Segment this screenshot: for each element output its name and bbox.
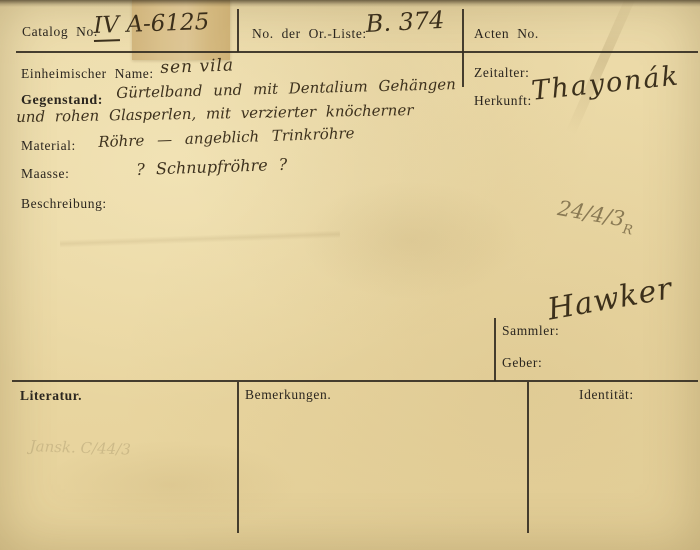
pencil-note-main: 24/4/3 [556,196,627,231]
herkunft-value: Thayonák [530,60,681,106]
maasse-label: Maasse: [21,166,69,182]
material-value: Röhre — angeblich Trinkröhre [98,124,355,151]
paper-crease [60,230,340,248]
or-liste-value: B. 374 [365,6,445,38]
geber-label: Geber: [502,355,542,371]
pencil-note-subscript: R [621,222,633,238]
catalog-no-number: A-6125 [126,9,210,38]
catalog-card: Catalog No. No. der Or.-Liste: Acten No.… [0,0,700,550]
bemerkungen-label: Bemerkungen. [245,387,331,403]
catalog-no-roman: IV [93,12,120,42]
beschreibung-label: Beschreibung: [21,196,107,212]
herkunft-label: Herkunft: [474,93,532,109]
divider-bemerkungen-identitaet [527,382,529,533]
identitaet-label: Identität: [579,387,634,403]
photo-top-edge [0,0,700,7]
faint-pencil-note: Jansk. C/44/3 [29,437,131,459]
divider-catalog-orliste [237,9,239,52]
gegenstand-line1: Gürtelband und mit Dentalium Gehängen [116,75,456,102]
divider-acten-zeitalter [462,9,464,87]
literatur-label: Literatur. [20,388,82,404]
material-label: Material: [21,138,76,154]
divider-sammler [494,318,496,381]
rule-bottom-section [12,380,698,382]
rule-top [16,51,698,53]
catalog-no-value: IV A-6125 [93,9,210,39]
einheimischer-name-label: Einheimischer Name: [21,66,154,82]
paper-stain [300,180,520,300]
maasse-value: ? Schnupfröhre ? [136,155,288,179]
divider-literatur-bemerkungen [237,382,239,533]
catalog-no-label: Catalog No. [22,24,98,40]
zeitalter-label: Zeitalter: [474,65,529,81]
acten-no-label: Acten No. [474,26,539,42]
pencil-inventory-note: 24/4/3R [555,196,636,238]
sammler-signature: Hawker [545,271,675,327]
einheimischer-name-value: sen vila [160,55,234,78]
or-liste-label: No. der Or.-Liste: [252,26,367,42]
